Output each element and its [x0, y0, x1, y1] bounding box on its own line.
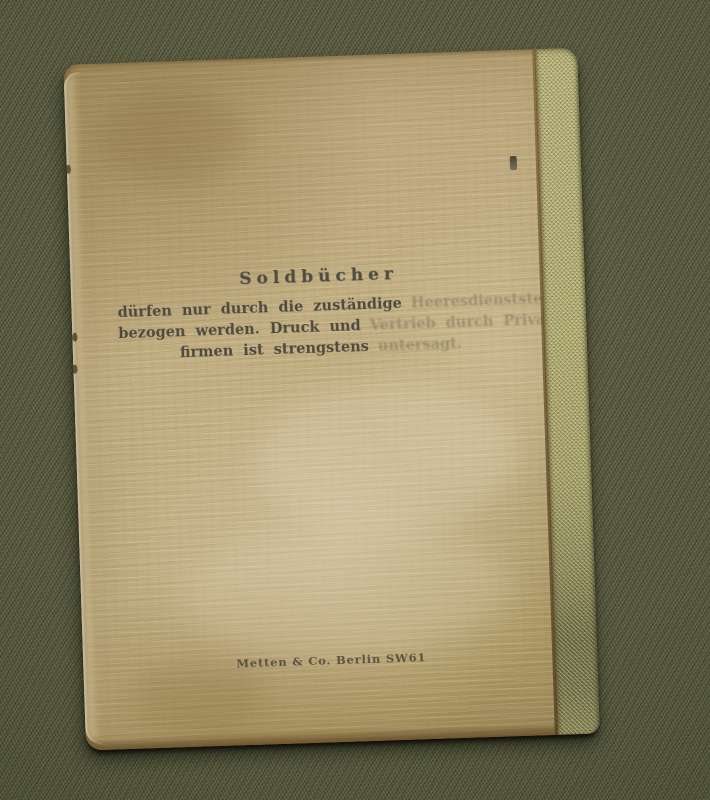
- stain-shine-lower: [179, 520, 513, 661]
- stamp-title: Soldbücher: [116, 260, 520, 293]
- stamp-line-3-visible: firmen ist strengstens: [180, 338, 369, 361]
- edge-notch: [66, 165, 71, 174]
- stamp-text-block: Soldbücher dürfen nur durch die zuständi…: [116, 260, 523, 365]
- stamp-line-2-faded: Vertrieb durch Privat-: [369, 311, 558, 334]
- stain-shine-center: [254, 380, 519, 539]
- stamp-line-3-faded: untersagt.: [378, 335, 463, 355]
- spine-glue-line: [532, 49, 558, 735]
- edge-notch: [72, 333, 77, 342]
- photo-background-fabric: Soldbücher dürfen nur durch die zuständi…: [0, 0, 710, 800]
- spine-cloth: [534, 48, 600, 735]
- small-dark-mark: [510, 156, 517, 170]
- edge-notch: [72, 365, 77, 374]
- book-back-cover: Soldbücher dürfen nur durch die zuständi…: [63, 48, 599, 751]
- stain-dark-top-left: [94, 89, 247, 184]
